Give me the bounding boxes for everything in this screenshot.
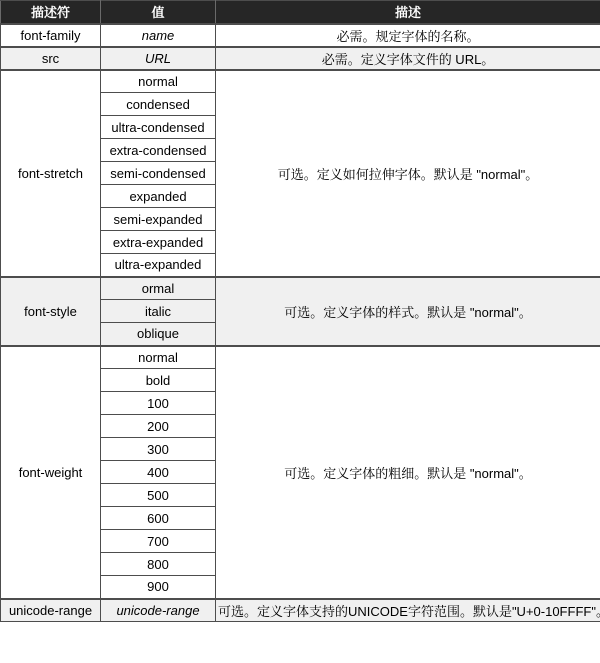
value-cell: normal bbox=[101, 70, 216, 93]
descriptor-cell: unicode-range bbox=[1, 599, 101, 622]
value-cell: ultra-condensed bbox=[101, 116, 216, 139]
value-cell: 100 bbox=[101, 392, 216, 415]
value-cell: unicode-range bbox=[101, 599, 216, 622]
value-cell: name bbox=[101, 24, 216, 47]
value-cell: normal bbox=[101, 346, 216, 369]
value-cell: condensed bbox=[101, 93, 216, 116]
value-cell: 800 bbox=[101, 553, 216, 576]
descriptor-cell: font-weight bbox=[1, 346, 101, 599]
value-cell: 600 bbox=[101, 507, 216, 530]
fontface-descriptor-table: 描述符 值 描述 font-familyname必需。规定字体的名称。srcUR… bbox=[0, 0, 600, 622]
table-row: font-weightnormal可选。定义字体的粗细。默认是 "normal"… bbox=[1, 346, 600, 369]
table-header: 描述符 值 描述 bbox=[1, 1, 600, 24]
value-cell: 200 bbox=[101, 415, 216, 438]
value-cell: ormal bbox=[101, 277, 216, 300]
descriptor-cell: font-stretch bbox=[1, 70, 101, 277]
value-cell: bold bbox=[101, 369, 216, 392]
table-row: unicode-rangeunicode-range可选。定义字体支持的UNIC… bbox=[1, 599, 600, 622]
description-cell: 必需。规定字体的名称。 bbox=[216, 24, 600, 47]
value-cell: 300 bbox=[101, 438, 216, 461]
description-cell: 可选。定义字体支持的UNICODE字符范围。默认是"U+0-10FFFF"。 bbox=[216, 599, 600, 622]
description-cell: 可选。定义字体的粗细。默认是 "normal"。 bbox=[216, 346, 600, 599]
table-row: srcURL必需。定义字体文件的 URL。 bbox=[1, 47, 600, 70]
value-cell: URL bbox=[101, 47, 216, 70]
value-cell: semi-condensed bbox=[101, 162, 216, 185]
value-cell: oblique bbox=[101, 323, 216, 346]
value-cell: italic bbox=[101, 300, 216, 323]
value-cell: semi-expanded bbox=[101, 208, 216, 231]
table-body: font-familyname必需。规定字体的名称。srcURL必需。定义字体文… bbox=[1, 24, 600, 622]
value-cell: 700 bbox=[101, 530, 216, 553]
table-row: font-styleormal可选。定义字体的样式。默认是 "normal"。 bbox=[1, 277, 600, 300]
value-cell: 400 bbox=[101, 461, 216, 484]
column-header-value: 值 bbox=[101, 1, 216, 24]
column-header-description: 描述 bbox=[216, 1, 600, 24]
description-cell: 必需。定义字体文件的 URL。 bbox=[216, 47, 600, 70]
value-cell: 900 bbox=[101, 576, 216, 599]
descriptor-cell: src bbox=[1, 47, 101, 70]
value-cell: expanded bbox=[101, 185, 216, 208]
value-cell: 500 bbox=[101, 484, 216, 507]
descriptor-cell: font-style bbox=[1, 277, 101, 346]
value-cell: extra-condensed bbox=[101, 139, 216, 162]
column-header-descriptor: 描述符 bbox=[1, 1, 101, 24]
descriptor-cell: font-family bbox=[1, 24, 101, 47]
table-row: font-stretchnormal可选。定义如何拉伸字体。默认是 "norma… bbox=[1, 70, 600, 93]
description-cell: 可选。定义如何拉伸字体。默认是 "normal"。 bbox=[216, 70, 600, 277]
value-cell: ultra-expanded bbox=[101, 254, 216, 277]
table-row: font-familyname必需。规定字体的名称。 bbox=[1, 24, 600, 47]
description-cell: 可选。定义字体的样式。默认是 "normal"。 bbox=[216, 277, 600, 346]
value-cell: extra-expanded bbox=[101, 231, 216, 254]
header-row: 描述符 值 描述 bbox=[1, 1, 600, 24]
